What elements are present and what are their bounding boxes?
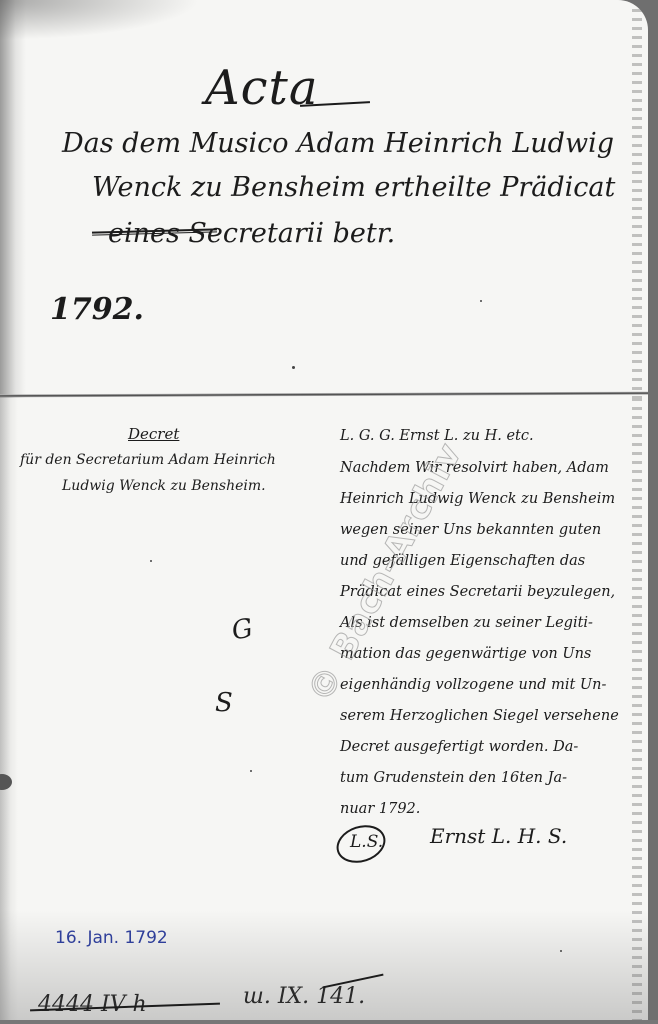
body-line: eigenhändig vollzogene und mit Un- [340, 677, 606, 693]
decree-recipient: Ludwig Wenck zu Bensheim. [62, 478, 266, 494]
body-line: mation das gegenwärtige von Uns [340, 646, 591, 662]
body-line: Heinrich Ludwig Wenck zu Bensheim [340, 491, 615, 507]
old-shelfmark: 4444 IV h [38, 992, 147, 1017]
body-line: tum Grudenstein den 16ten Ja- [340, 770, 567, 786]
document-title: Acta [205, 60, 318, 116]
decree-heading: Decret [128, 425, 179, 443]
scan-shadow [0, 0, 200, 40]
body-line: nuar 1792. [340, 801, 420, 817]
scan-shadow [0, 0, 26, 398]
subject-line: Das dem Musico Adam Heinrich Ludwig [62, 128, 614, 159]
body-line: Decret ausgefertigt worden. Da- [340, 739, 578, 755]
speck [292, 366, 295, 369]
decree-recipient: für den Secretarium Adam Heinrich [20, 452, 276, 468]
subject-line: Wenck zu Bensheim ertheilte Prädicat [92, 172, 615, 203]
torn-edge [632, 0, 642, 398]
speck [560, 950, 562, 952]
seal-label: L.S. [350, 832, 383, 852]
torn-edge [632, 398, 642, 1020]
shelfmark: ш. IX. 141. [243, 984, 365, 1009]
speck [250, 770, 252, 772]
subject-line: eines Secretarii betr. [108, 218, 395, 249]
document-year: 1792. [50, 292, 144, 327]
body-line: serem Herzoglichen Siegel versehene [340, 708, 619, 724]
speck [150, 560, 152, 562]
body-line: wegen seiner Uns bekannten guten [340, 522, 601, 538]
body-line: Nachdem Wir resolvirt haben, Adam [340, 460, 609, 476]
speck [480, 300, 482, 302]
archive-date-note: 16. Jan. 1792 [55, 928, 168, 948]
registry-mark: S [215, 688, 233, 718]
scan-border [0, 1020, 658, 1024]
ducal-signature: Ernst L. H. S. [430, 824, 567, 848]
